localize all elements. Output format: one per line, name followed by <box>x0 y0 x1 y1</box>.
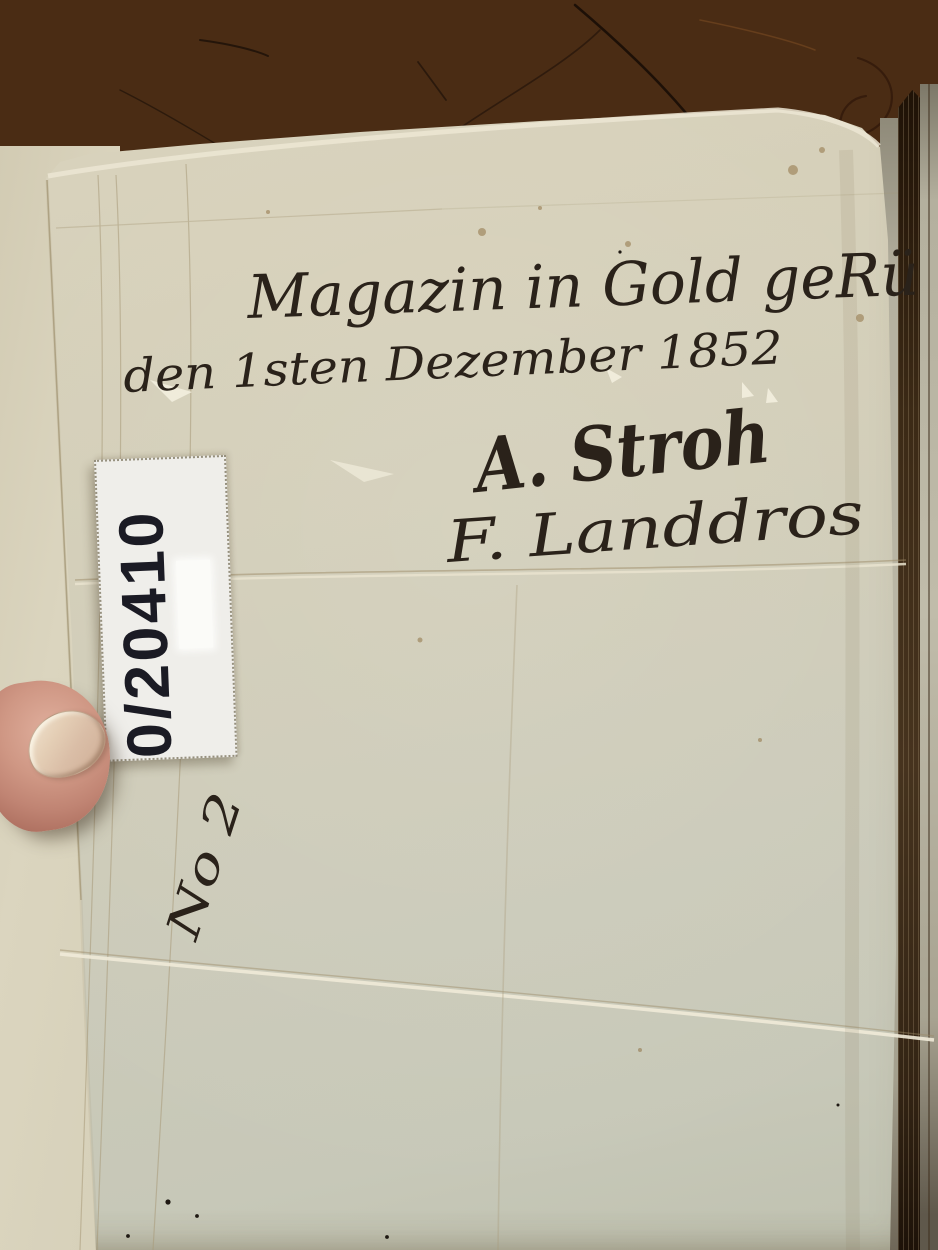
page-top-edge-highlight <box>48 110 879 176</box>
label-reference-number: 0/20410 <box>108 463 191 760</box>
handwriting-line-1: Magazin in Gold geRü <box>245 240 920 333</box>
archive-photo-scene: Magazin in Gold geRü den 1sten Dezember … <box>0 0 938 1250</box>
handwriting-line-2: den 1sten Dezember 1852 <box>122 320 784 403</box>
horizontal-crease-lower <box>60 950 934 1036</box>
handwriting-layer: Magazin in Gold geRü den 1sten Dezember … <box>122 240 920 947</box>
handwriting-corner-note: No 2 <box>155 786 253 947</box>
horizontal-crease-lower-light <box>60 954 934 1040</box>
right-gutter-fold-shading <box>846 150 853 1250</box>
vertical-center-fold <box>498 585 517 1250</box>
archival-label: 0/20410 <box>94 455 237 762</box>
